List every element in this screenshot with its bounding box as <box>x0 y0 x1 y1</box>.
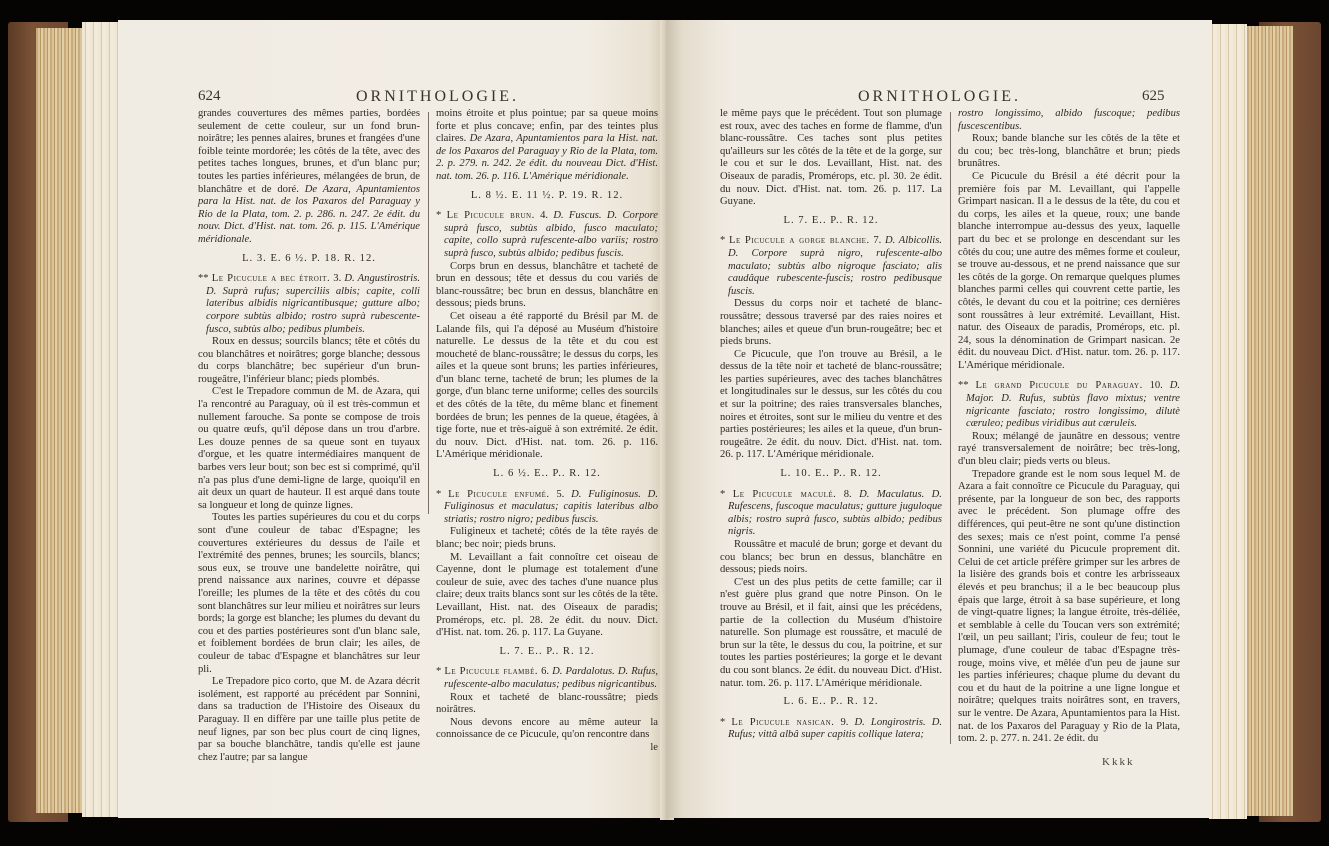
page-edges-left <box>36 28 82 813</box>
column-rule <box>428 112 429 514</box>
species-entry-heading: * Le Picucule nasican. 9. D. Longirostri… <box>720 717 942 742</box>
column-rule <box>950 112 951 744</box>
paragraph: Roux et tacheté de blanc-roussâtre; pied… <box>436 692 658 717</box>
paragraph: C'est un des plus petits de cette famill… <box>720 577 942 690</box>
species-entry-heading: * Le Picucule flambé. 6. D. Pardalotus. … <box>436 666 658 691</box>
paragraph: Cet oiseau a été rapporté du Brésil par … <box>436 311 658 462</box>
column-2: rostro longissimo, albido fuscoque; pedi… <box>958 108 1180 746</box>
catchword: le <box>436 742 658 755</box>
measurements: L. 3. E. 6 ½. P. 18. R. 12. <box>198 253 420 266</box>
page-edges-right <box>1247 26 1293 816</box>
left-page: 624 ORNITHOLOGIE. grandes couvertures de… <box>118 20 666 818</box>
paragraph: le même pays que le précédent. Tout son … <box>720 108 942 209</box>
measurements: L. 7. E.. P.. R. 12. <box>720 215 942 228</box>
paragraph: Roux en dessus; sourcils blancs; tête et… <box>198 336 420 386</box>
paragraph: Ce Picucule du Brésil a été décrit pour … <box>958 171 1180 373</box>
measurements: L. 8 ½. E. 11 ½. P. 19. R. 12. <box>436 190 658 203</box>
species-entry-heading: ** Le grand Picucule du Paraguay. 10. D.… <box>958 380 1180 430</box>
paragraph: Dessus du corps noir et tacheté de blanc… <box>720 298 942 348</box>
species-entry-heading: * Le Picucule brun. 4. D. Fuscus. D. Cor… <box>436 210 658 260</box>
paragraph: Roux; bande blanche sur les côtés de la … <box>958 133 1180 171</box>
species-entry-heading: ** Le Picucule a bec étroit. 3. D. Angus… <box>198 273 420 336</box>
page-number: 625 <box>1142 88 1165 105</box>
paragraph: M. Levaillant a fait connoître cet oisea… <box>436 552 658 640</box>
paragraph: Roux; mélangé de jaunâtre en dessous; ve… <box>958 431 1180 469</box>
running-head: ORNITHOLOGIE. <box>356 88 519 106</box>
species-entry-heading: * Le Picucule enfumé. 5. D. Fuliginosus.… <box>436 489 658 527</box>
paragraph: grandes couvertures des mêmes parties, b… <box>198 108 420 247</box>
paragraph: moins étroite et plus pointue; par sa qu… <box>436 108 658 184</box>
page-number: 624 <box>198 88 221 105</box>
running-head: ORNITHOLOGIE. <box>858 88 1021 106</box>
measurements: L. 7. E.. P.. R. 12. <box>436 646 658 659</box>
paragraph: rostro longissimo, albido fuscoque; pedi… <box>958 108 1180 133</box>
paragraph: Trepadore grande est le nom sous lequel … <box>958 469 1180 746</box>
measurements: L. 6. E.. P.. R. 12. <box>720 696 942 709</box>
species-entry-heading: * Le Picucule maculé. 8. D. Maculatus. D… <box>720 489 942 539</box>
species-entry-heading: * Le Picucule a gorge blanche. 7. D. Alb… <box>720 235 942 298</box>
column-1: grandes couvertures des mêmes parties, b… <box>198 108 420 764</box>
measurements: L. 6 ½. E.. P.. R. 12. <box>436 468 658 481</box>
measurements: L. 10. E.. P.. R. 12. <box>720 468 942 481</box>
paragraph: Roussâtre et maculé de brun; gorge et de… <box>720 539 942 577</box>
column-2: moins étroite et plus pointue; par sa qu… <box>436 108 658 755</box>
page-fan-right <box>1209 24 1247 819</box>
paragraph: Corps brun en dessus, blanchâtre et tach… <box>436 261 658 311</box>
signature-mark: Kkkk <box>1102 756 1134 768</box>
right-page: ORNITHOLOGIE. 625 le même pays que le pr… <box>666 20 1212 818</box>
paragraph: Nous devons encore au même auteur la con… <box>436 717 658 742</box>
paragraph: Toutes les parties supérieures du cou et… <box>198 512 420 676</box>
page-fan-left <box>82 22 120 817</box>
paragraph: Fuligineux et tacheté; côtés de la tête … <box>436 526 658 551</box>
column-1: le même pays que le précédent. Tout son … <box>720 108 942 742</box>
paragraph: Le Trepadore pico corto, que M. de Azara… <box>198 676 420 764</box>
paragraph: Ce Picucule, que l'on trouve au Brésil, … <box>720 349 942 462</box>
paragraph: C'est le Trepadore commun de M. de Azara… <box>198 386 420 512</box>
